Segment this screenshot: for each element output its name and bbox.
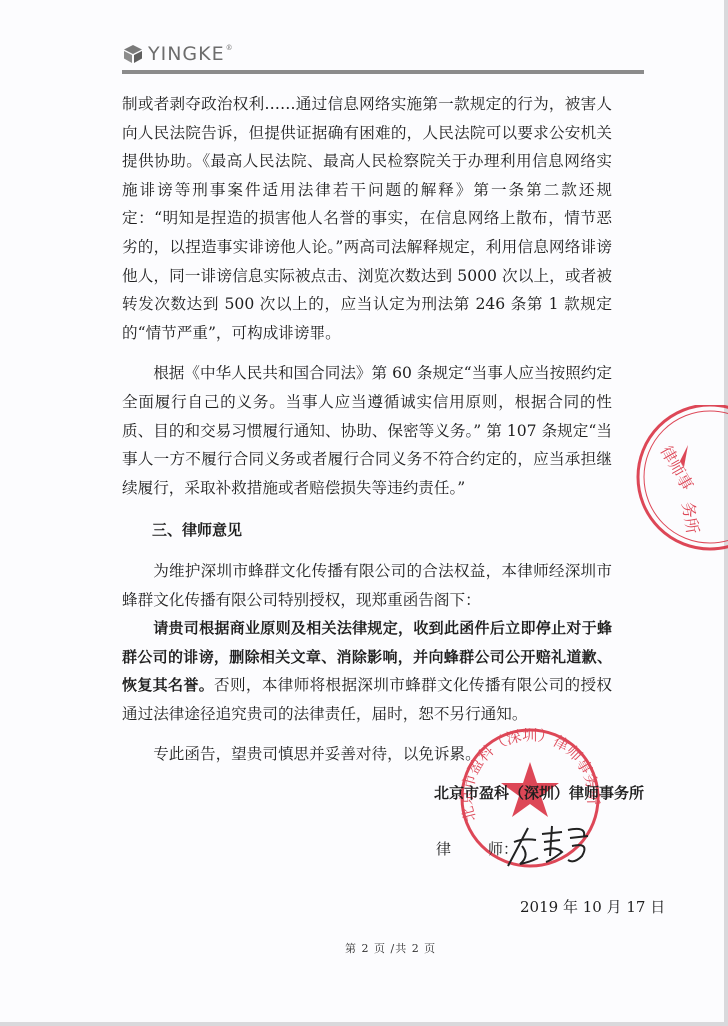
- letterhead: YINGKE ®: [122, 42, 644, 74]
- paragraph-demand: 请贵司根据商业原则及相关法律规定，收到此函件后立即停止对于蜂群公司的诽谤，删除相…: [122, 614, 612, 728]
- law-firm-name: 北京市盈科（深圳）律师事务所: [434, 782, 644, 803]
- handwritten-signature-icon: [500, 816, 600, 876]
- paragraph-closing: 专此函告，望贵司慎思并妥善对待，以免诉累。: [122, 740, 612, 769]
- yingke-logo-icon: [122, 44, 144, 64]
- registered-mark: ®: [226, 44, 233, 52]
- header-rule: [122, 70, 644, 74]
- lawyer-label: 律师：: [436, 838, 518, 859]
- svg-text:务所: 务所: [678, 500, 702, 535]
- svg-text:律师事: 律师事: [657, 443, 697, 494]
- logo-text: YINGKE: [148, 43, 225, 65]
- document-page: YINGKE ® 制或者剥夺政治权利……通过信息网络实施第一款规定的行为，被害人…: [0, 0, 728, 1026]
- letter-date: 2019 年 10 月 17 日: [520, 896, 665, 917]
- page-number-indicator: 第 2 页 /共 2 页: [345, 940, 436, 956]
- yingke-logo: YINGKE ®: [122, 42, 644, 66]
- section-title-lawyer-opinion: 三、律师意见: [122, 516, 612, 545]
- paragraph-authorization: 为维护深圳市蜂群文化传播有限公司的合法权益，本律师经深圳市蜂群文化传播有限公司特…: [122, 557, 612, 614]
- letter-body: 制或者剥夺政治权利……通过信息网络实施第一款规定的行为，被害人向人民法院告诉，但…: [122, 90, 612, 769]
- paragraph-legal-basis-criminal: 制或者剥夺政治权利……通过信息网络实施第一款规定的行为，被害人向人民法院告诉，但…: [122, 90, 612, 347]
- paragraph-contract-law: 根据《中华人民共和国合同法》第 60 条规定“当事人应当按照约定全面履行自己的义…: [122, 359, 612, 502]
